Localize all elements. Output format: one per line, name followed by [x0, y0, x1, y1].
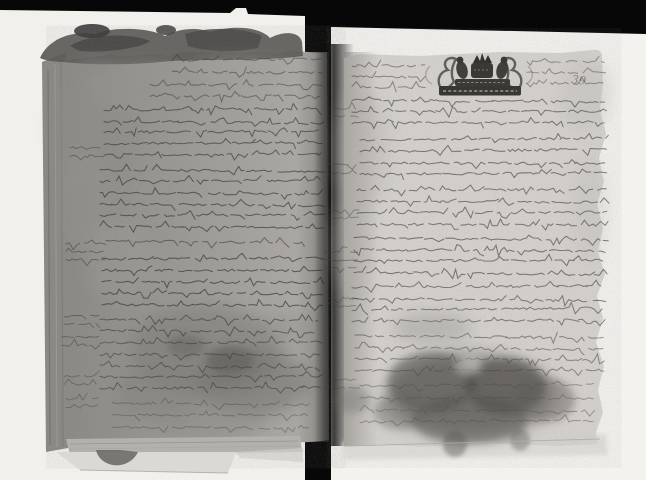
ink-stain	[374, 394, 426, 430]
ink-stain	[443, 431, 467, 457]
scan-canvas: 39	[0, 0, 646, 480]
right-page: 39	[324, 48, 611, 460]
manuscript-scan: 39	[0, 0, 646, 480]
ink-stain	[510, 429, 530, 451]
ink-stain	[454, 357, 482, 375]
ink-stain	[515, 378, 575, 422]
left-page	[40, 24, 332, 452]
ink-stain	[392, 312, 472, 344]
ink-stain	[334, 387, 370, 413]
